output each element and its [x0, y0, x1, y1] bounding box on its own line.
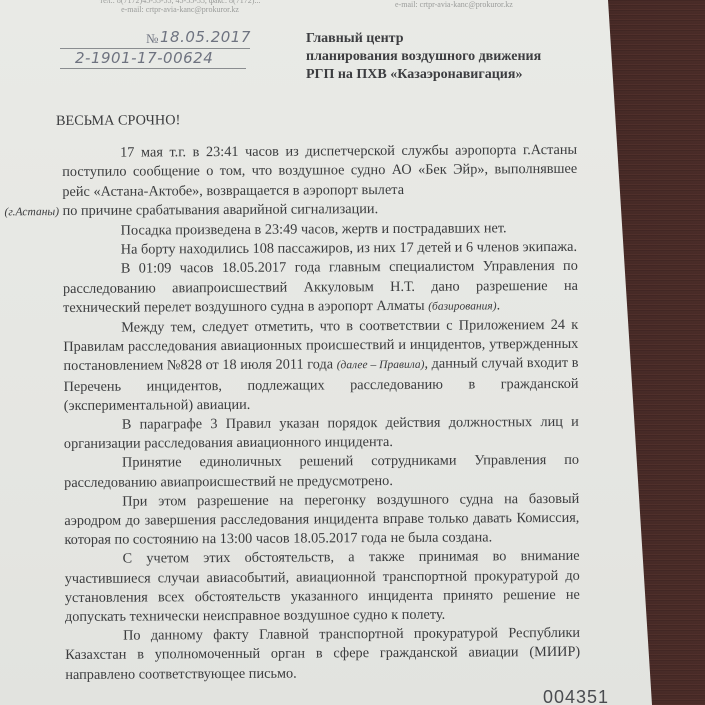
addressee-line: планирования воздушного движения — [306, 48, 566, 66]
paragraph: Принятие единоличных решений сотрудникам… — [64, 451, 579, 493]
paragraph: В 01:09 часов 18.05.2017 года главным сп… — [63, 257, 578, 319]
paragraph: При этом разрешение на перегонку воздушн… — [64, 490, 579, 551]
paragraph: По данному факту Главной транспортной пр… — [65, 624, 580, 685]
letterhead-right-contacts: e-mail: crtpr-avia-kanc@prokuror.kz — [395, 0, 595, 9]
addressee-line: РГП на ПХВ «Казаэронавигация» — [306, 66, 566, 84]
paragraph: 17 мая т.г. в 23:41 часов из диспетчерск… — [62, 141, 577, 222]
annotation-note: (г.Астаны) — [4, 206, 59, 218]
paragraph: В параграфе 3 Правил указан порядок дейс… — [64, 413, 579, 455]
handwritten-outgoing-number: 2-1901-17-00624 — [75, 49, 213, 67]
document-page: тел.: 8(7172)45-55-55, 45-55-55, факс: 8… — [0, 0, 705, 705]
annotation-note: (далее – Правила) — [337, 359, 425, 372]
addressee-block: Главный центр планирования воздушного дв… — [306, 30, 566, 84]
annotation-note: (базирования) — [428, 300, 496, 312]
serial-number: 004351 — [543, 687, 609, 705]
paragraph: С учетом этих обстоятельств, а также при… — [65, 547, 580, 627]
letterhead-left-contacts: тел.: 8(7172)45-55-55, 45-55-55, факс: 8… — [60, 0, 300, 14]
urgency-heading: ВЕСЬМА СРОЧНО! — [56, 109, 577, 131]
letterhead-email: e-mail: crtpr-avia-kanc@prokuror.kz — [60, 5, 300, 14]
number-sign: № — [146, 31, 159, 47]
addressee-line: Главный центр — [306, 30, 566, 48]
number-underline — [60, 68, 246, 69]
letter-body: ВЕСЬМА СРОЧНО! 17 мая т.г. в 23:41 часов… — [62, 129, 580, 685]
paragraph: Между тем, следует отметить, что в соотв… — [63, 316, 579, 416]
letterhead-email-right: e-mail: crtpr-avia-kanc@prokuror.kz — [395, 0, 595, 9]
handwritten-date: 18.05.2017 — [160, 28, 251, 46]
